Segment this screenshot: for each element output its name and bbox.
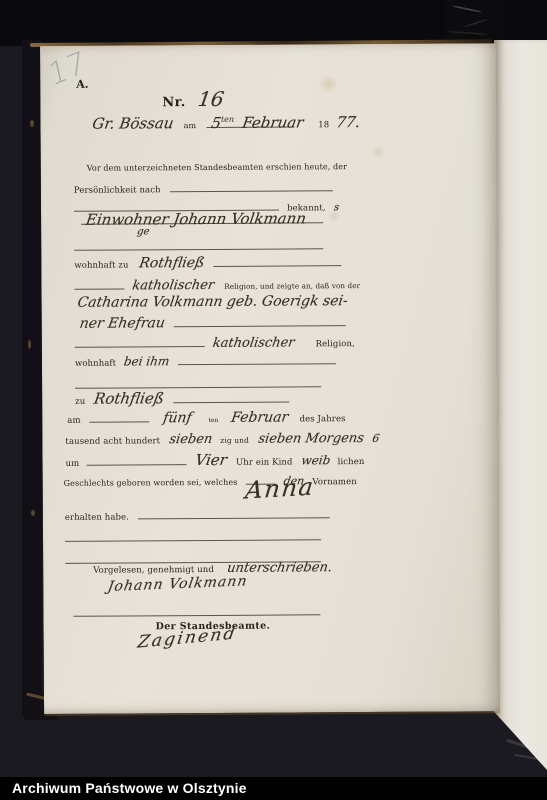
printed-label: Uhr ein Kind bbox=[236, 457, 293, 467]
printed-label: erhalten habe. bbox=[65, 512, 129, 522]
handwritten-entry: ten bbox=[221, 115, 234, 124]
blank-rule bbox=[86, 462, 186, 466]
printed-label: Vornamen bbox=[312, 477, 357, 487]
form-line-wohnhaft-bei: wohnhaft bei ihm bbox=[75, 349, 336, 367]
form-line-blank bbox=[74, 234, 323, 252]
handwritten-entry: sieben Morgens bbox=[257, 431, 365, 447]
handwritten-entry: Anna bbox=[244, 473, 316, 505]
printed-label: lichen bbox=[338, 457, 365, 467]
printed-label: Persönlichkeit nach bbox=[74, 185, 161, 196]
blank-rule bbox=[75, 344, 205, 348]
printed-label: 18 bbox=[318, 120, 329, 130]
handwritten-entry: Februar bbox=[241, 113, 305, 131]
form-line-intro: Vor dem unterzeichneten Standesbeamten e… bbox=[87, 154, 347, 172]
scratch-mark bbox=[452, 5, 482, 13]
signature: Zaginend bbox=[136, 624, 238, 653]
handwritten-entry: Rothfließ bbox=[93, 389, 165, 407]
printed-label: Vor dem unterzeichneten Standesbeamten e… bbox=[87, 162, 347, 173]
blank-rule bbox=[178, 361, 336, 365]
handwritten-entry: 77. bbox=[335, 113, 362, 131]
printed-label: wohnhaft zu bbox=[74, 260, 128, 270]
worn-spot bbox=[31, 510, 35, 516]
handwritten-entry: Februar bbox=[230, 409, 289, 425]
printed-label: Nr. bbox=[162, 95, 185, 110]
form-line-residence: wohnhaft zu Rothfließ bbox=[74, 251, 342, 269]
handwritten-mark: 6 bbox=[372, 432, 381, 445]
blank-rule bbox=[74, 246, 323, 251]
watermark-bar: Archiwum Państwowe w Olsztynie bbox=[0, 777, 547, 800]
blank-rule bbox=[90, 419, 150, 422]
form-line-vorgelesen: Vorgelesen, genehmigt und unterschrieben… bbox=[93, 556, 332, 573]
blank-rule bbox=[65, 537, 321, 542]
facing-page bbox=[494, 40, 547, 770]
printed-label: am bbox=[184, 121, 197, 130]
handwritten-insertion: ge bbox=[136, 226, 150, 237]
handwritten-entry: ner Ehefrau bbox=[78, 315, 166, 332]
blank-rule bbox=[138, 515, 330, 519]
handwritten-entry: Vier bbox=[194, 451, 228, 469]
form-line-declarant-signature: Johann Volkmann bbox=[108, 573, 247, 590]
printed-label: des Jahres bbox=[300, 414, 346, 424]
form-line-religion-father: katholischer Religion, und zeigte an, da… bbox=[74, 273, 360, 291]
form-line-blank bbox=[65, 525, 321, 543]
handwritten-entry: bei ihm bbox=[123, 354, 171, 368]
printed-label: zu bbox=[75, 397, 85, 407]
printed-label: Geschlechts geboren worden sei, welches bbox=[64, 478, 238, 488]
handwritten-mark: s bbox=[333, 202, 340, 213]
archival-scan-viewport: 17 A. Nr. 16 Gr. Bössau am 5ten Februar … bbox=[0, 0, 547, 800]
form-line-birthyear: tausend acht hundert sieben zig und sieb… bbox=[65, 427, 379, 445]
handwritten-entry: Gr. Bössau bbox=[91, 114, 175, 133]
form-line-mother-1: Catharina Volkmann geb. Goerigk sei- bbox=[78, 290, 348, 308]
watermark-label: Archiwum Państwowe w Olsztynie bbox=[12, 780, 247, 796]
worn-spot bbox=[30, 120, 34, 127]
printed-label: zig und bbox=[220, 436, 249, 445]
form-line-mother-2: ner Ehefrau bbox=[80, 311, 346, 329]
form-line-birthplace: zu Rothfließ bbox=[75, 387, 289, 404]
form-line-birthday: am fünf ten Februar des Jahres bbox=[67, 406, 345, 424]
handwritten-entry: Einwohner Johann Volkmann bbox=[85, 209, 308, 228]
form-line-number: Nr. 16 bbox=[162, 87, 224, 103]
form-line-official-signature: Zaginend bbox=[139, 628, 236, 645]
record-page: 17 A. Nr. 16 Gr. Bössau am 5ten Februar … bbox=[40, 43, 500, 714]
form-letter: A. bbox=[76, 78, 88, 91]
blank-rule bbox=[214, 263, 342, 267]
handwritten-entry: fünf bbox=[162, 410, 193, 426]
printed-label: wohnhaft bbox=[75, 359, 116, 369]
blank-rule bbox=[173, 399, 289, 403]
form-line-erhalten: erhalten habe. bbox=[65, 503, 330, 521]
handwritten-entry: Catharina Volkmann geb. Goerigk sei- bbox=[76, 293, 349, 311]
printed-label: um bbox=[66, 459, 80, 469]
printed-label: am bbox=[67, 416, 80, 426]
scratch-mark bbox=[448, 31, 488, 36]
blank-rule bbox=[74, 286, 124, 289]
handwritten-entry: 16 bbox=[197, 87, 226, 111]
form-line-given-name: Anna bbox=[246, 474, 315, 490]
worn-spot bbox=[28, 340, 31, 349]
printed-label: Religion, bbox=[316, 339, 355, 349]
form-line-date: Gr. Bössau am 5ten Februar 18 77. bbox=[92, 112, 360, 130]
form-line-persoenlichkeit: Persönlichkeit nach bbox=[74, 176, 333, 194]
handwritten-entry: weib bbox=[301, 453, 332, 467]
handwritten-entry: sieben bbox=[168, 432, 213, 447]
form-line-declarant: Einwohner Johann Volkmann bbox=[81, 208, 306, 225]
signature: Johann Volkmann bbox=[106, 573, 248, 595]
handwritten-entry: 5 bbox=[210, 114, 222, 132]
printed-label: ten bbox=[208, 417, 218, 424]
scratch-mark bbox=[464, 18, 487, 27]
blank-rule bbox=[174, 323, 346, 327]
printed-label: tausend acht hundert bbox=[65, 436, 160, 447]
blank-rule bbox=[170, 188, 333, 192]
form-line-religion-mother: katholischer Religion, bbox=[75, 331, 355, 349]
book-cover-left-edge bbox=[22, 40, 42, 716]
book-spine-strip bbox=[446, 0, 504, 44]
handwritten-entry: Rothfließ bbox=[138, 255, 206, 271]
form-line-birthtime: um Vier Uhr ein Kind weib lichen bbox=[65, 449, 364, 467]
record-content: 17 A. Nr. 16 Gr. Bössau am 5ten Februar … bbox=[40, 43, 500, 714]
